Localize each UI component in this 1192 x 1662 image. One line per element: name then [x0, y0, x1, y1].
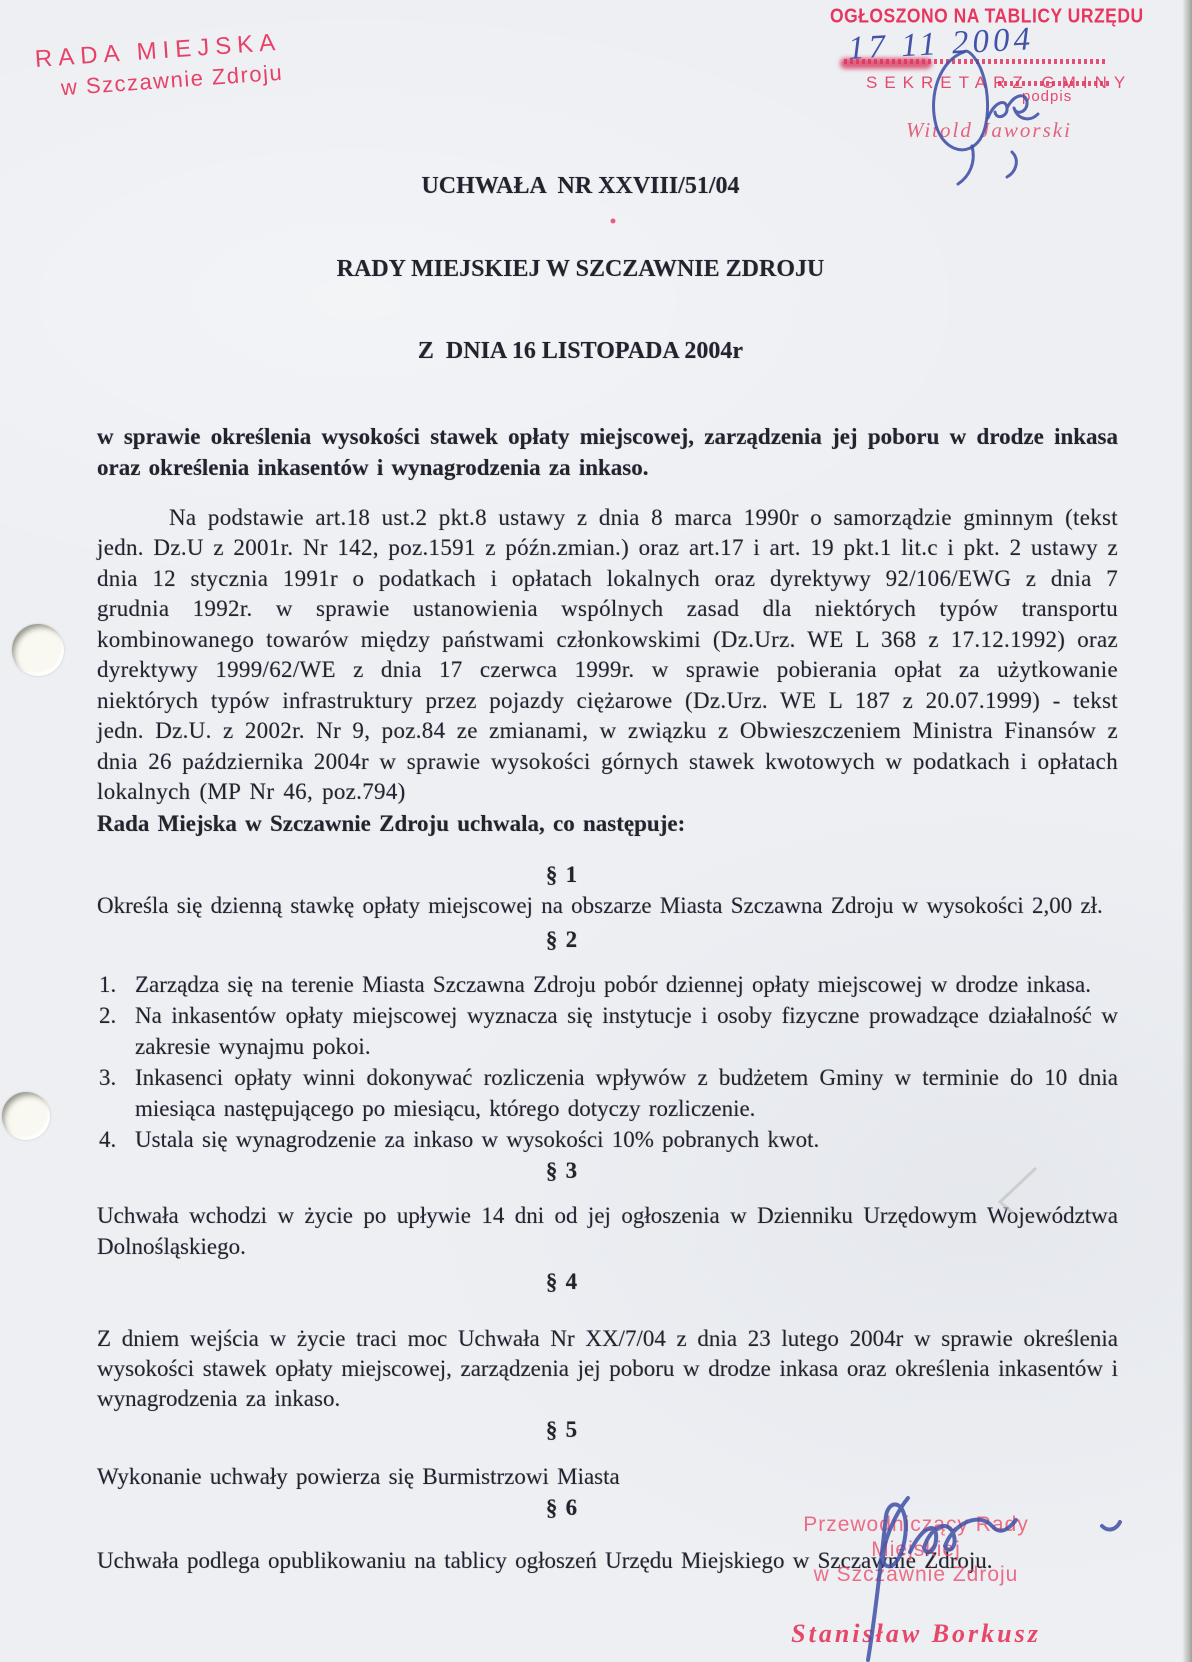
ink-speck [611, 219, 616, 224]
scan-artifacts [0, 0, 1192, 1662]
scanned-resolution-page: RADA MIEJSKA w Szczawnie Zdroju OGŁOSZON… [0, 0, 1192, 1662]
paper-crease [1000, 1168, 1036, 1213]
